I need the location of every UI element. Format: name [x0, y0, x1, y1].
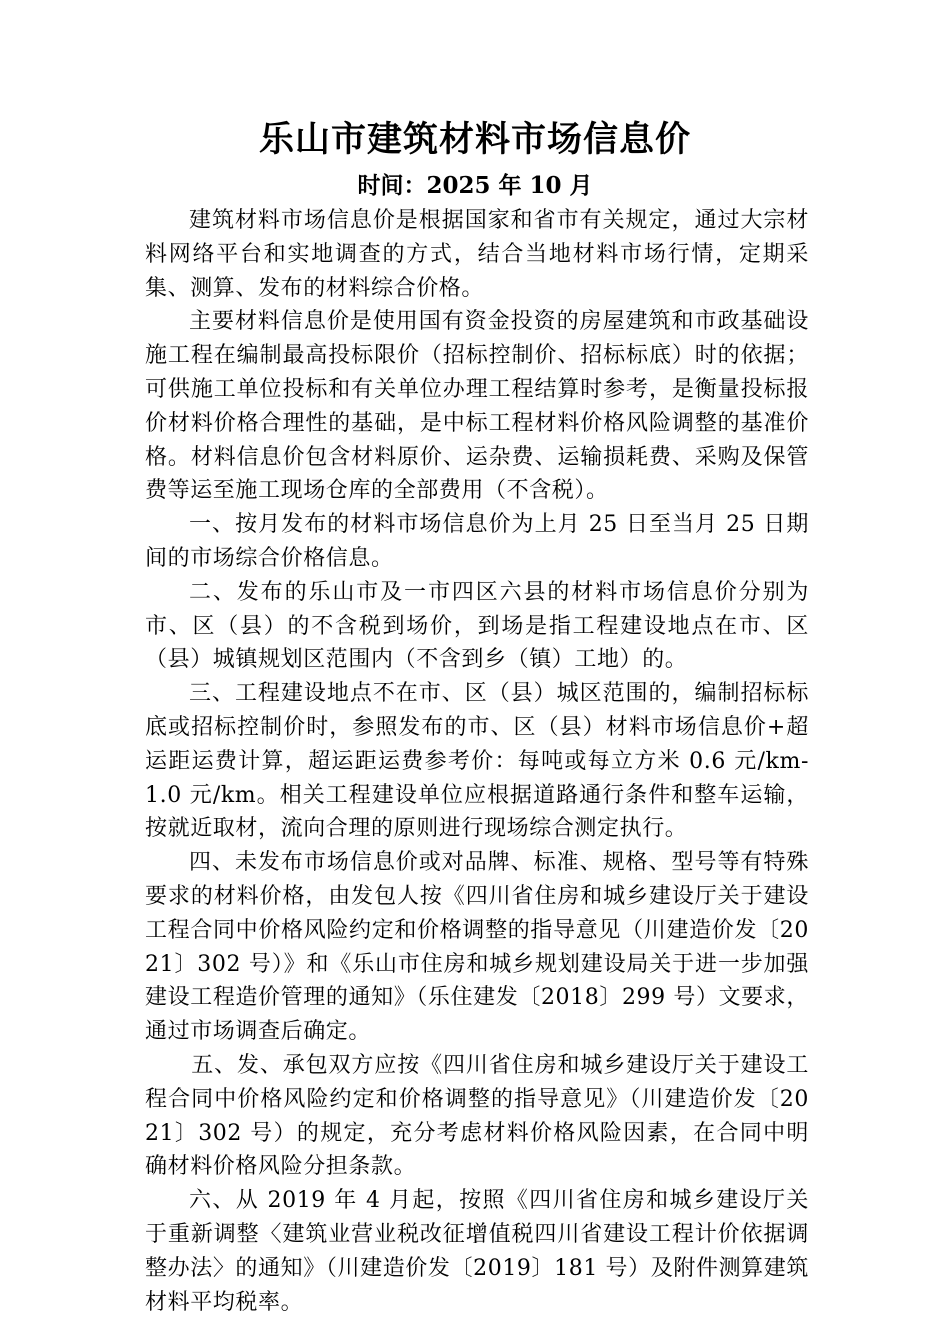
paragraph-item-5: 五、发、承包双方应按《四川省住房和城乡建设厅关于建设工程合同中价格风险约定和价格… — [145, 1049, 809, 1184]
page-number: 1 — [0, 1232, 950, 1247]
paragraph-intro: 建筑材料市场信息价是根据国家和省市有关规定，通过大宗材料网络平台和实地调查的方式… — [145, 204, 809, 305]
paragraph-item-2: 二、发布的乐山市及一市四区六县的材料市场信息价分别为市、区（县）的不含税到场价，… — [145, 576, 809, 677]
paragraph-item-3: 三、工程建设地点不在市、区（县）城区范围的，编制招标标底或招标控制价时，参照发布… — [145, 677, 809, 846]
document-date: 时间：2025 年 10 月 — [0, 170, 950, 202]
document-page: 乐山市建筑材料市场信息价 时间：2025 年 10 月 建筑材料市场信息价是根据… — [0, 0, 950, 1344]
paragraph-item-6: 六、从 2019 年 4 月起，按照《四川省住房和城乡建设厅关于重新调整〈建筑业… — [145, 1184, 809, 1319]
document-title: 乐山市建筑材料市场信息价 — [0, 118, 950, 162]
paragraph-main-materials: 主要材料信息价是使用国有资金投资的房屋建筑和市政基础设施工程在编制最高投标限价（… — [145, 305, 809, 508]
document-body: 建筑材料市场信息价是根据国家和省市有关规定，通过大宗材料网络平台和实地调查的方式… — [145, 204, 809, 1319]
paragraph-item-1: 一、按月发布的材料市场信息价为上月 25 日至当月 25 日期间的市场综合价格信… — [145, 508, 809, 576]
paragraph-item-4: 四、未发布市场信息价或对品牌、标准、规格、型号等有特殊要求的材料价格，由发包人按… — [145, 846, 809, 1049]
